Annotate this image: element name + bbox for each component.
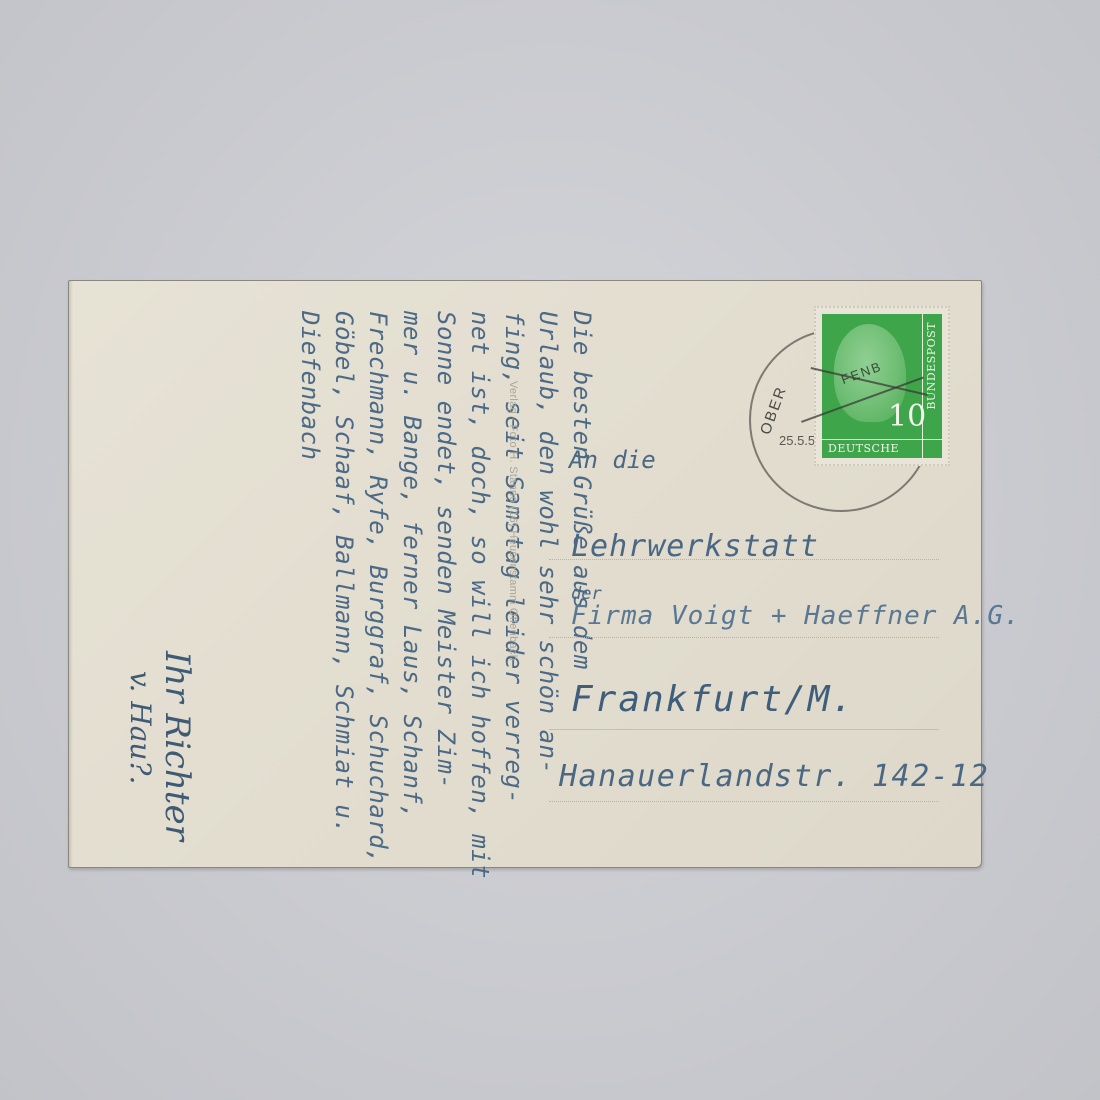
address-rule xyxy=(549,559,939,560)
address-rule xyxy=(549,637,939,638)
message-line: Frechmann, Ryfe, Burggraf, Schuchard, xyxy=(361,311,395,841)
stamp-value: 10 xyxy=(888,402,926,432)
publisher-imprint: Verlag - Foto H. Stanno (16) Heusenstamm… xyxy=(507,381,519,661)
handwritten-message: Die besten Grüße aus dem Urlaub, den woh… xyxy=(199,311,599,841)
stamp-face: 10 DEUTSCHE BUNDESPOST xyxy=(822,314,942,458)
message-line: mer u. Bange, ferner Laus, Schanf, xyxy=(395,311,429,841)
address-line-1: An die xyxy=(569,446,656,474)
message-line: Sonne endet, senden Meister Zim- xyxy=(429,311,463,841)
stamp-rule xyxy=(822,439,942,440)
signature-sub: v. Hau?. xyxy=(123,651,157,841)
postcard: Die besten Grüße aus dem Urlaub, den woh… xyxy=(68,280,982,868)
postage-stamp: 10 DEUTSCHE BUNDESPOST xyxy=(814,306,950,466)
signature-name: Ihr Richter xyxy=(157,651,197,841)
address-rule xyxy=(549,801,939,802)
message-line: net ist, doch, so will ich hoffen, mit xyxy=(463,311,497,841)
stamp-rule xyxy=(922,314,923,458)
signature: Ihr Richter v. Hau?. xyxy=(123,651,197,841)
address-line-4: Frankfurt/M. xyxy=(571,679,855,720)
stamp-country: DEUTSCHE xyxy=(828,442,899,455)
message-line: Göbel, Schaaf, Ballmann, Schmiat u. xyxy=(327,311,361,841)
message-line: Diefenbach xyxy=(293,311,327,841)
stamp-issuer: BUNDESPOST xyxy=(925,322,939,410)
address-line-3: Firma Voigt + Haeffner A.G. xyxy=(571,601,1021,631)
address-rule xyxy=(549,729,939,730)
address-line-5: Hanauerlandstr. 142-12 xyxy=(559,759,989,794)
